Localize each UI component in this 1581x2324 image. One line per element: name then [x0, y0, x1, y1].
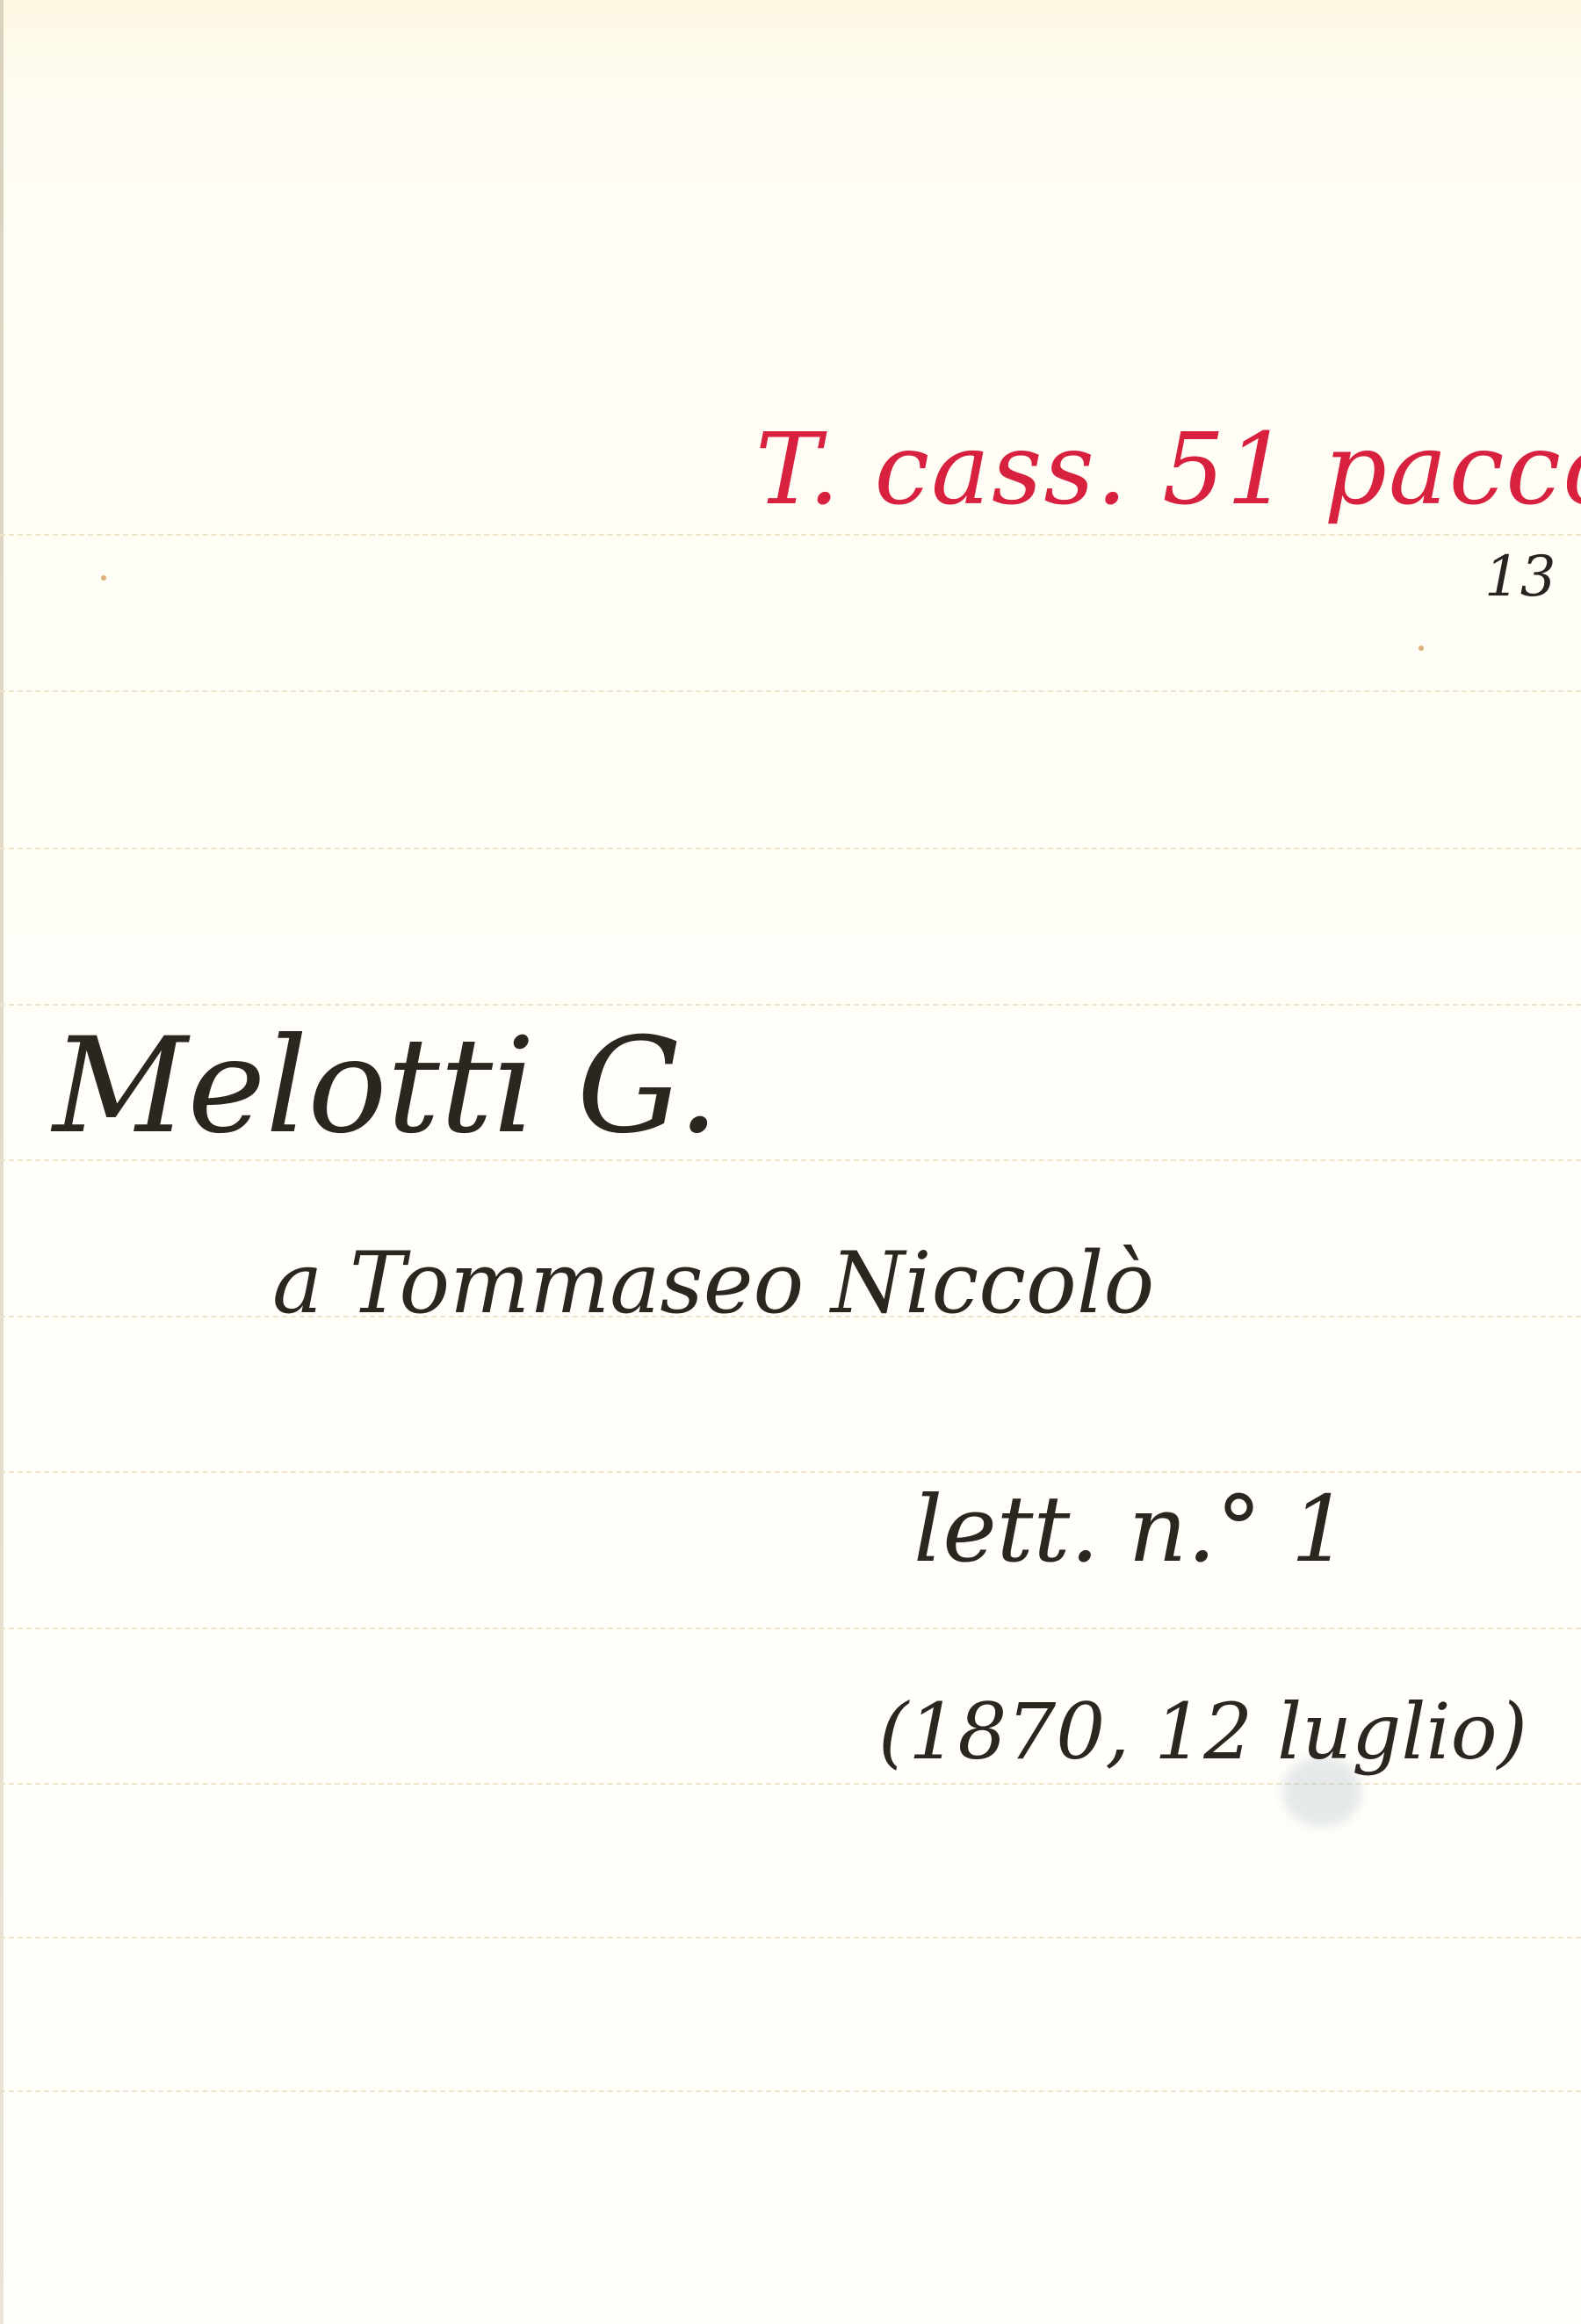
- letter-count: lett. n.° 1: [913, 1476, 1349, 1583]
- ruled-line: [0, 1471, 1581, 1473]
- index-card: T. cass. 51 pacco 104. 13 Melotti G. a T…: [0, 0, 1581, 2324]
- ruled-line: [0, 1937, 1581, 1938]
- ruled-line: [0, 2090, 1581, 2092]
- archive-reference: T. cass. 51 pacco 104.: [755, 413, 1581, 527]
- recipient-name: a Tommaseo Niccolò: [272, 1234, 1154, 1332]
- letter-date: (1870, 12 luglio): [878, 1686, 1527, 1777]
- paper-speck: [101, 575, 106, 581]
- ruled-line: [0, 848, 1581, 849]
- ruled-line: [0, 534, 1581, 536]
- card-left-edge: [0, 0, 4, 2324]
- ruled-line: [0, 690, 1581, 692]
- correspondent-name: Melotti G.: [53, 1010, 719, 1163]
- ruled-line: [0, 1004, 1581, 1006]
- ruled-line: [0, 1628, 1581, 1629]
- paper-speck: [1419, 646, 1424, 651]
- archive-subnumber: 13: [1484, 545, 1556, 610]
